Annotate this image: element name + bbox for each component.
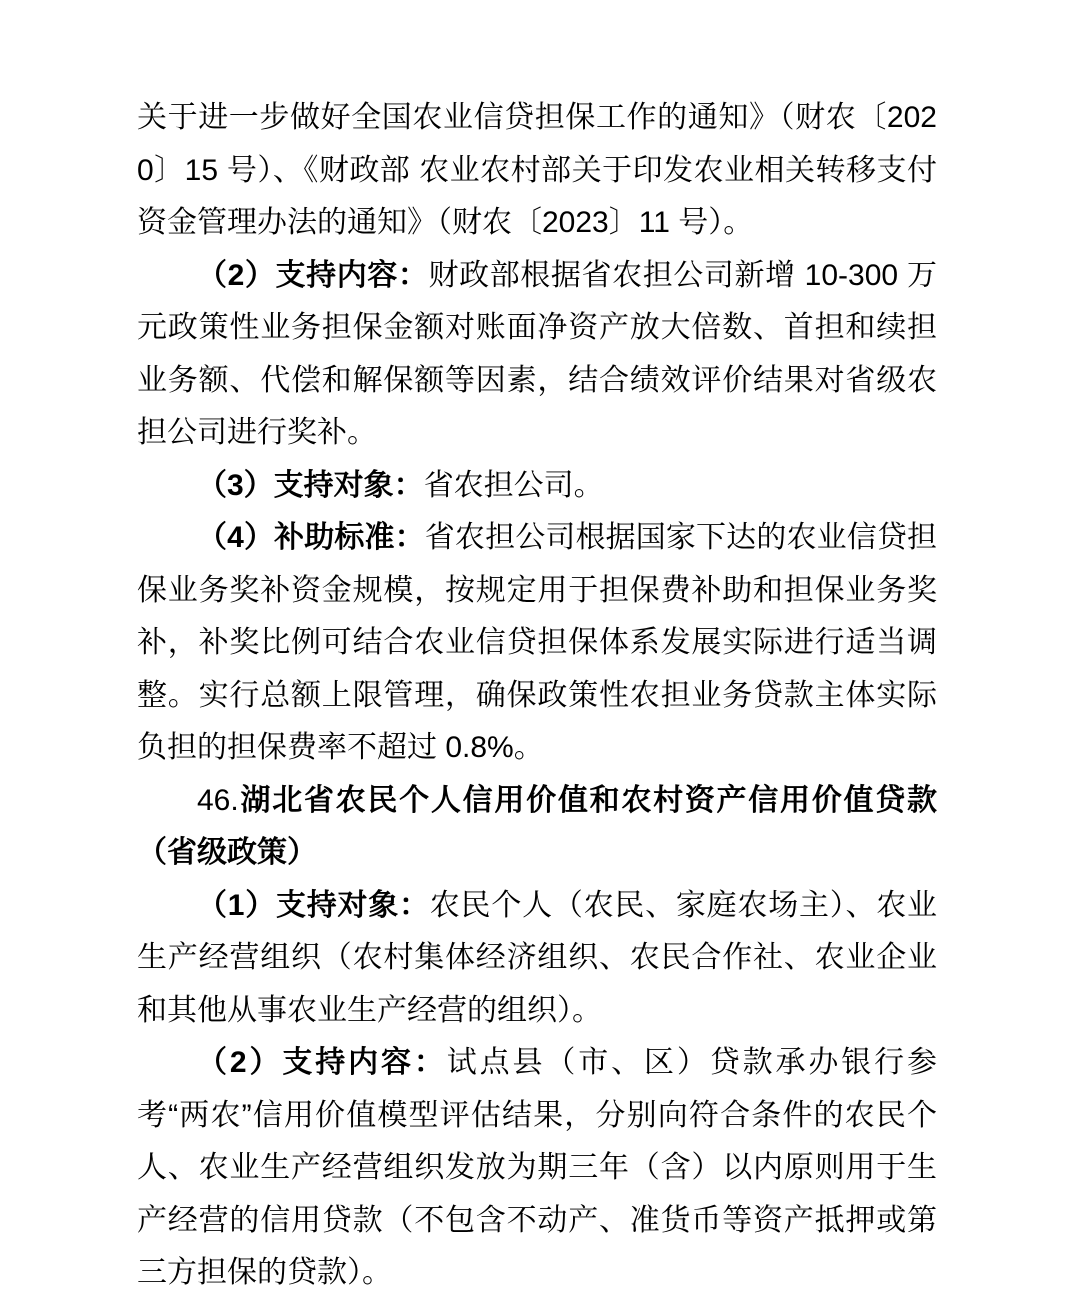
item-label-subsidy-standard: （4）补助标准： xyxy=(197,521,425,554)
item-label-support-target: （3）支持对象： xyxy=(197,469,424,502)
paragraph-subsidy-standard-4: （4）补助标准：省农担公司根据国家下达的农业信贷担保业务奖补资金规模，按规定用于… xyxy=(137,512,937,775)
heading-number: 46. xyxy=(197,784,239,817)
document-page: 关于进一步做好全国农业信贷担保工作的通知》（财农〔2020〕15 号）、《财政部… xyxy=(0,0,1068,1296)
item-label-support-target-1: （1）支持对象： xyxy=(197,889,430,922)
item-text-subsidy-standard: 省农担公司根据国家下达的农业信贷担保业务奖补资金规模，按规定用于担保费补助和担保… xyxy=(137,521,937,764)
item-label-support-content: （2）支持内容： xyxy=(197,259,429,292)
paragraph-law-citation: 关于进一步做好全国农业信贷担保工作的通知》（财农〔2020〕15 号）、《财政部… xyxy=(137,92,937,250)
paragraph-support-content-2b: （2）支持内容：试点县（市、区）贷款承办银行参考“两农”信用价值模型评估结果，分… xyxy=(137,1037,937,1296)
item-label-support-content-2b: （2）支持内容： xyxy=(197,1046,447,1079)
paragraph-support-target-1: （1）支持对象：农民个人（农民、家庭农场主）、农业生产经营组织（农村集体经济组织… xyxy=(137,880,937,1038)
heading-text: 湖北省农民个人信用价值和农村资产信用价值贷款（省级政策） xyxy=(137,784,937,870)
paragraph-support-content-2: （2）支持内容：财政部根据省农担公司新增 10-300 万元政策性业务担保金额对… xyxy=(137,250,937,460)
paragraph-support-target-3: （3）支持对象：省农担公司。 xyxy=(137,460,937,513)
item-text-support-content-2b: 试点县（市、区）贷款承办银行参考“两农”信用价值模型评估结果，分别向符合条件的农… xyxy=(137,1046,937,1289)
item-text-support-target: 省农担公司。 xyxy=(424,469,604,502)
section-heading-46: 46.湖北省农民个人信用价值和农村资产信用价值贷款（省级政策） xyxy=(137,775,937,880)
